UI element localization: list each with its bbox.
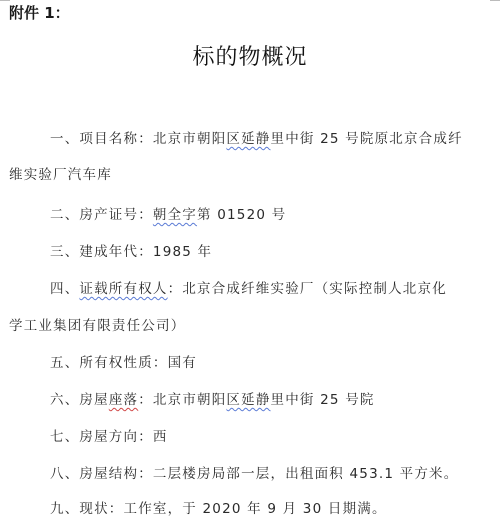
- grammar-underlined-text: 区延静: [226, 131, 270, 147]
- item-structure: 八、房屋结构：二层楼房局部一层，出租面积 453.1 平方米。: [50, 462, 458, 482]
- attachment-label: 附件 1：: [9, 2, 70, 23]
- item-value: 北京市朝阳: [153, 392, 227, 408]
- item-label: 八、房屋结构：: [50, 466, 153, 482]
- item-label: 六、房屋: [50, 392, 109, 408]
- item-orientation: 七、房屋方向：西: [50, 425, 168, 445]
- item-label: ：: [138, 392, 153, 408]
- item-label: 三、建成年代：: [50, 244, 153, 260]
- grammar-underlined-text: 朝全字: [153, 207, 197, 223]
- item-current-status: 九、现状：工作室，于 2020 年 9 月 30 日期满。: [50, 497, 387, 517]
- item-value: 第 01520 号: [197, 207, 286, 223]
- item-project-name-continuation: 维实验厂汽车库: [9, 163, 112, 183]
- item-value: 二层楼房局部一层，出租面积 453.1 平方米。: [153, 466, 459, 482]
- item-label: 一、项目名称：: [50, 131, 153, 147]
- item-value: 北京市朝阳: [153, 131, 227, 147]
- page-title: 标的物概况: [0, 40, 500, 71]
- item-label: 四、: [50, 281, 79, 297]
- item-label: 二、房产证号：: [50, 207, 153, 223]
- item-certificate-number: 二、房产证号：朝全字第 01520 号: [50, 203, 286, 223]
- item-registered-owner: 四、证载所有权人：北京合成纤维实验厂（实际控制人北京化: [50, 277, 447, 297]
- item-value: 北京合成纤维实验厂（实际控制人北京化: [182, 281, 447, 297]
- item-label: ：: [168, 281, 183, 297]
- item-value: 国有: [168, 355, 197, 371]
- item-value: 西: [153, 429, 168, 445]
- item-project-name: 一、项目名称：北京市朝阳区延静里中街 25 号院原北京合成纤: [50, 127, 463, 147]
- item-label: 五、所有权性质：: [50, 355, 168, 371]
- item-ownership-nature: 五、所有权性质：国有: [50, 351, 197, 371]
- page-corner-mark: [0, 0, 10, 1]
- page-corner-mark: [490, 0, 500, 1]
- item-registered-owner-continuation: 学工业集团有限责任公司）: [9, 314, 185, 334]
- item-label: 七、房屋方向：: [50, 429, 153, 445]
- item-build-year: 三、建成年代：1985 年: [50, 240, 212, 260]
- item-value: 里中街 25 号院原北京合成纤: [271, 131, 463, 147]
- grammar-underlined-text: 证载所有权人: [79, 281, 167, 297]
- item-location: 六、房屋座落：北京市朝阳区延静里中街 25 号院: [50, 388, 375, 408]
- item-label: 九、现状：: [50, 501, 124, 517]
- item-value: 里中街 25 号院: [271, 392, 375, 408]
- item-value: 工作室，于 2020 年 9 月 30 日期满。: [124, 501, 387, 517]
- spelling-underlined-text: 座落: [109, 392, 138, 408]
- item-value: 1985 年: [153, 244, 212, 260]
- grammar-underlined-text: 区延静: [226, 392, 270, 408]
